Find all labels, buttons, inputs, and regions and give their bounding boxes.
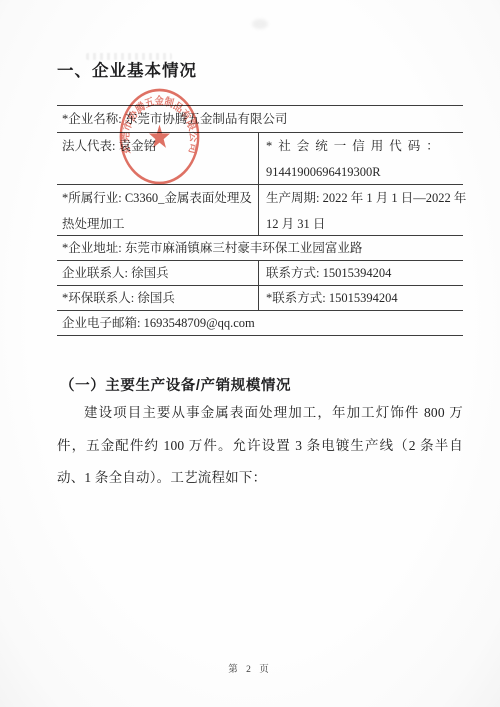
document-page: 一、企业基本情况 *企业名称: 东莞市协腾五金制品有限公司 法人代表: 袁金铭 … <box>0 0 500 707</box>
production-period-line1: 生产周期: 2022 年 1 月 1 日—2022 年 <box>266 185 466 211</box>
email-cell: 企业电子邮箱: 1693548709@qq.com <box>57 311 463 335</box>
section-title-production-equipment: （一）主要生产设备/产销规模情况 <box>60 374 291 395</box>
credit-code-cell: *社会统一信用代码： 91441900696419300R <box>259 133 463 184</box>
contact-name-cell: 企业联系人: 徐国兵 <box>57 261 259 285</box>
env-contact-name-cell: *环保联系人: 徐国兵 <box>57 286 259 310</box>
table-row-contact: 企业联系人: 徐国兵 联系方式: 15015394204 <box>57 260 463 285</box>
company-name-cell: *企业名称: 东莞市协腾五金制品有限公司 <box>57 106 463 132</box>
credit-code-value: 91441900696419300R <box>266 159 463 185</box>
production-period-line2: 12 月 31 日 <box>266 211 466 237</box>
enterprise-info-table: *企业名称: 东莞市协腾五金制品有限公司 法人代表: 袁金铭 *社会统一信用代码… <box>57 105 463 336</box>
address-cell: *企业地址: 东莞市麻涌镇麻三村豪丰环保工业园富业路 <box>57 236 463 260</box>
table-row-industry-period: *所属行业: C3360_金属表面处理及热处理加工 生产周期: 2022 年 1… <box>57 184 463 235</box>
table-row-email: 企业电子邮箱: 1693548709@qq.com <box>57 310 463 335</box>
table-row-legal-rep-credit-code: 法人代表: 袁金铭 *社会统一信用代码： 91441900696419300R <box>57 132 463 184</box>
credit-code-label: *社会统一信用代码： <box>266 133 463 159</box>
intro-paragraph: 建设项目主要从事金属表面处理加工，年加工灯饰件 800 万件，五金配件约 100… <box>57 397 463 495</box>
table-row-env-contact: *环保联系人: 徐国兵 *联系方式: 15015394204 <box>57 285 463 310</box>
section-title-enterprise-basic-info: 一、企业基本情况 <box>57 57 197 81</box>
production-period-cell: 生产周期: 2022 年 1 月 1 日—2022 年 12 月 31 日 <box>259 185 466 235</box>
scan-artifact <box>86 53 172 60</box>
page-number: 第 2 页 <box>0 661 500 675</box>
table-row-company-name: *企业名称: 东莞市协腾五金制品有限公司 <box>57 105 463 132</box>
env-contact-phone-cell: *联系方式: 15015394204 <box>259 286 463 310</box>
industry-cell: *所属行业: C3360_金属表面处理及热处理加工 <box>57 185 259 235</box>
table-row-address: *企业地址: 东莞市麻涌镇麻三村豪丰环保工业园富业路 <box>57 235 463 260</box>
legal-rep-cell: 法人代表: 袁金铭 <box>57 133 259 184</box>
contact-phone-cell: 联系方式: 15015394204 <box>259 261 463 285</box>
scan-artifact <box>252 19 268 29</box>
